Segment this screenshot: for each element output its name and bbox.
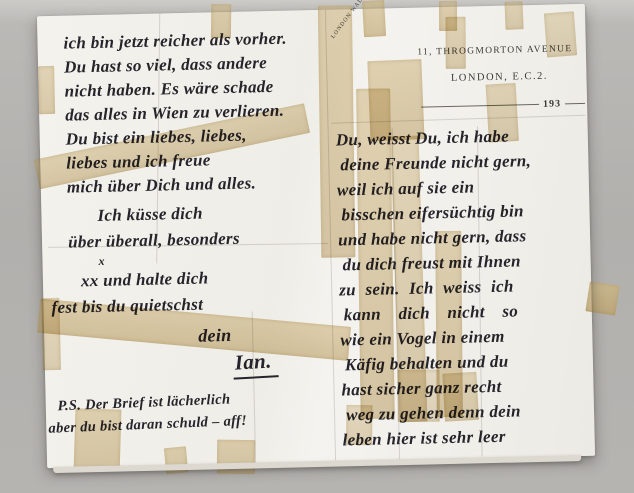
tape-strip <box>164 446 188 474</box>
tape-strip <box>41 298 61 370</box>
letterhead-address-line2: LONDON, E.C.2. <box>434 70 564 84</box>
tape-strip <box>74 408 122 471</box>
tape-strip <box>398 370 440 422</box>
letter-paper: ich bin jetzt reicher als vorher.Du hast… <box>37 4 595 468</box>
date-rule <box>421 104 539 108</box>
letter-right-page: LONDON WALL 2940 11, THROGMORTON AVENUE … <box>37 4 595 468</box>
tape-strip <box>585 281 619 315</box>
date-year-prefix: 193 <box>543 98 561 109</box>
tape-strip <box>367 59 424 141</box>
tape-strip <box>544 11 577 57</box>
tape-strip <box>217 440 255 474</box>
tape-strip <box>504 1 523 30</box>
tape-strip <box>442 372 479 422</box>
tape-strip <box>346 405 372 445</box>
letter-photo: ich bin jetzt reicher als vorher.Du hast… <box>0 0 634 493</box>
tape-strip <box>211 4 231 38</box>
tape-strip <box>38 66 55 114</box>
handwritten-line: leben hier ist sehr leer <box>342 422 595 453</box>
date-rule <box>565 103 585 104</box>
tape-strip <box>446 17 466 69</box>
tape-strip <box>362 0 386 37</box>
tape-strip <box>318 5 356 257</box>
tape-strip <box>486 83 519 143</box>
